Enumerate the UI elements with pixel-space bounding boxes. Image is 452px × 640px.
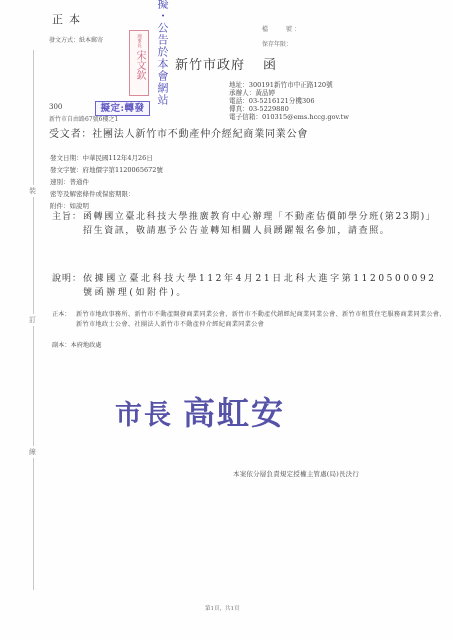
- document-number: 發文字號：府地價字第1120065672號: [50, 165, 163, 174]
- contact-handler: 承辦人：黃品婷: [229, 89, 275, 97]
- contact-email: 電子信箱：010315@ems.hccg.gov.tw: [229, 113, 349, 121]
- security-level: 密等及解密條件或保密期限：: [50, 189, 135, 198]
- contact-fax: 傳真：03-5229880: [229, 105, 289, 113]
- send-method: 發文方式：紙本郵寄: [49, 35, 103, 44]
- subject-label: 主旨：: [52, 210, 82, 224]
- binding-mark-xian: 線: [29, 446, 36, 458]
- description-text: 依據國立臺北科技大學112年4月21日北科大進字第1120500092號函辦理(…: [83, 272, 447, 300]
- signature-name: 高虹安: [183, 394, 285, 432]
- binding-mark-zhuang: 裝: [29, 185, 36, 197]
- binding-mark-ding: 訂: [29, 314, 36, 326]
- page-number: 第1頁，共1頁: [205, 604, 240, 612]
- subject-section: 主旨： 函轉國立臺北科技大學推廣教育中心辦理「不動產估價師學分班(第23期)」招…: [52, 210, 447, 238]
- proposed-forward-stamp: 擬定:轉發: [95, 101, 150, 116]
- delegation-note: 本案依分層負責規定授權主管處(局)長決行: [233, 469, 359, 478]
- subject-text: 函轉國立臺北科技大學推廣教育中心辦理「不動產估價師學分班(第23期)」招生資訊，…: [83, 210, 447, 238]
- official-letter-page: 裝 訂 線 正本 發文方式：紙本郵寄 檔 號： 保存年限： 新竹市政府函 地址：…: [0, 0, 452, 640]
- chairman-seal-stamp: 理事長 宋文欽: [129, 30, 149, 96]
- copy-type-label: 正本: [52, 11, 86, 27]
- contact-phone: 電話：03-5216121分機306: [229, 97, 315, 105]
- signature-title: 市長: [115, 400, 173, 431]
- recipient-line: 受文者：社團法人新竹市不動產仲介經紀商業同業公會: [49, 125, 308, 140]
- seal-name: 宋文欽: [133, 50, 145, 80]
- file-number-label: 檔 號：: [262, 24, 302, 33]
- carbon-copy-line: 副本：本府地政處: [52, 340, 102, 349]
- contact-address: 地址：300191新竹市中正路120號: [229, 81, 333, 89]
- attachment-note: 附件：如說明: [50, 201, 89, 210]
- delivery-speed: 速別：普通件: [50, 177, 89, 186]
- issue-date: 發文日期：中華民國112年4月26日: [50, 153, 153, 162]
- recipient-zip: 300: [49, 103, 62, 111]
- mayor-signature: 市長高虹安: [115, 388, 285, 434]
- description-section: 說明： 依據國立臺北科技大學112年4月21日北科大進字第1120500092號…: [52, 272, 447, 300]
- seal-title: 理事長: [137, 34, 142, 48]
- document-type: 函: [263, 58, 277, 73]
- description-label: 說明：: [52, 272, 82, 286]
- issuer-heading: 新竹市政府函: [175, 54, 277, 73]
- retention-label: 保存年限：: [262, 39, 292, 48]
- issuer-name: 新竹市政府: [175, 58, 245, 73]
- distribution-label: 正本：: [52, 310, 71, 320]
- distribution-section: 正本： 新竹市地政事務所、新竹市不動產開發商業同業公會、新竹市不動產代銷經紀商業…: [52, 310, 447, 330]
- distribution-list: 新竹市地政事務所、新竹市不動產開發商業同業公會、新竹市不動產代銷經紀商業同業公會…: [76, 310, 447, 330]
- publish-on-website-stamp: 擬・公告於本會網站: [152, 0, 170, 106]
